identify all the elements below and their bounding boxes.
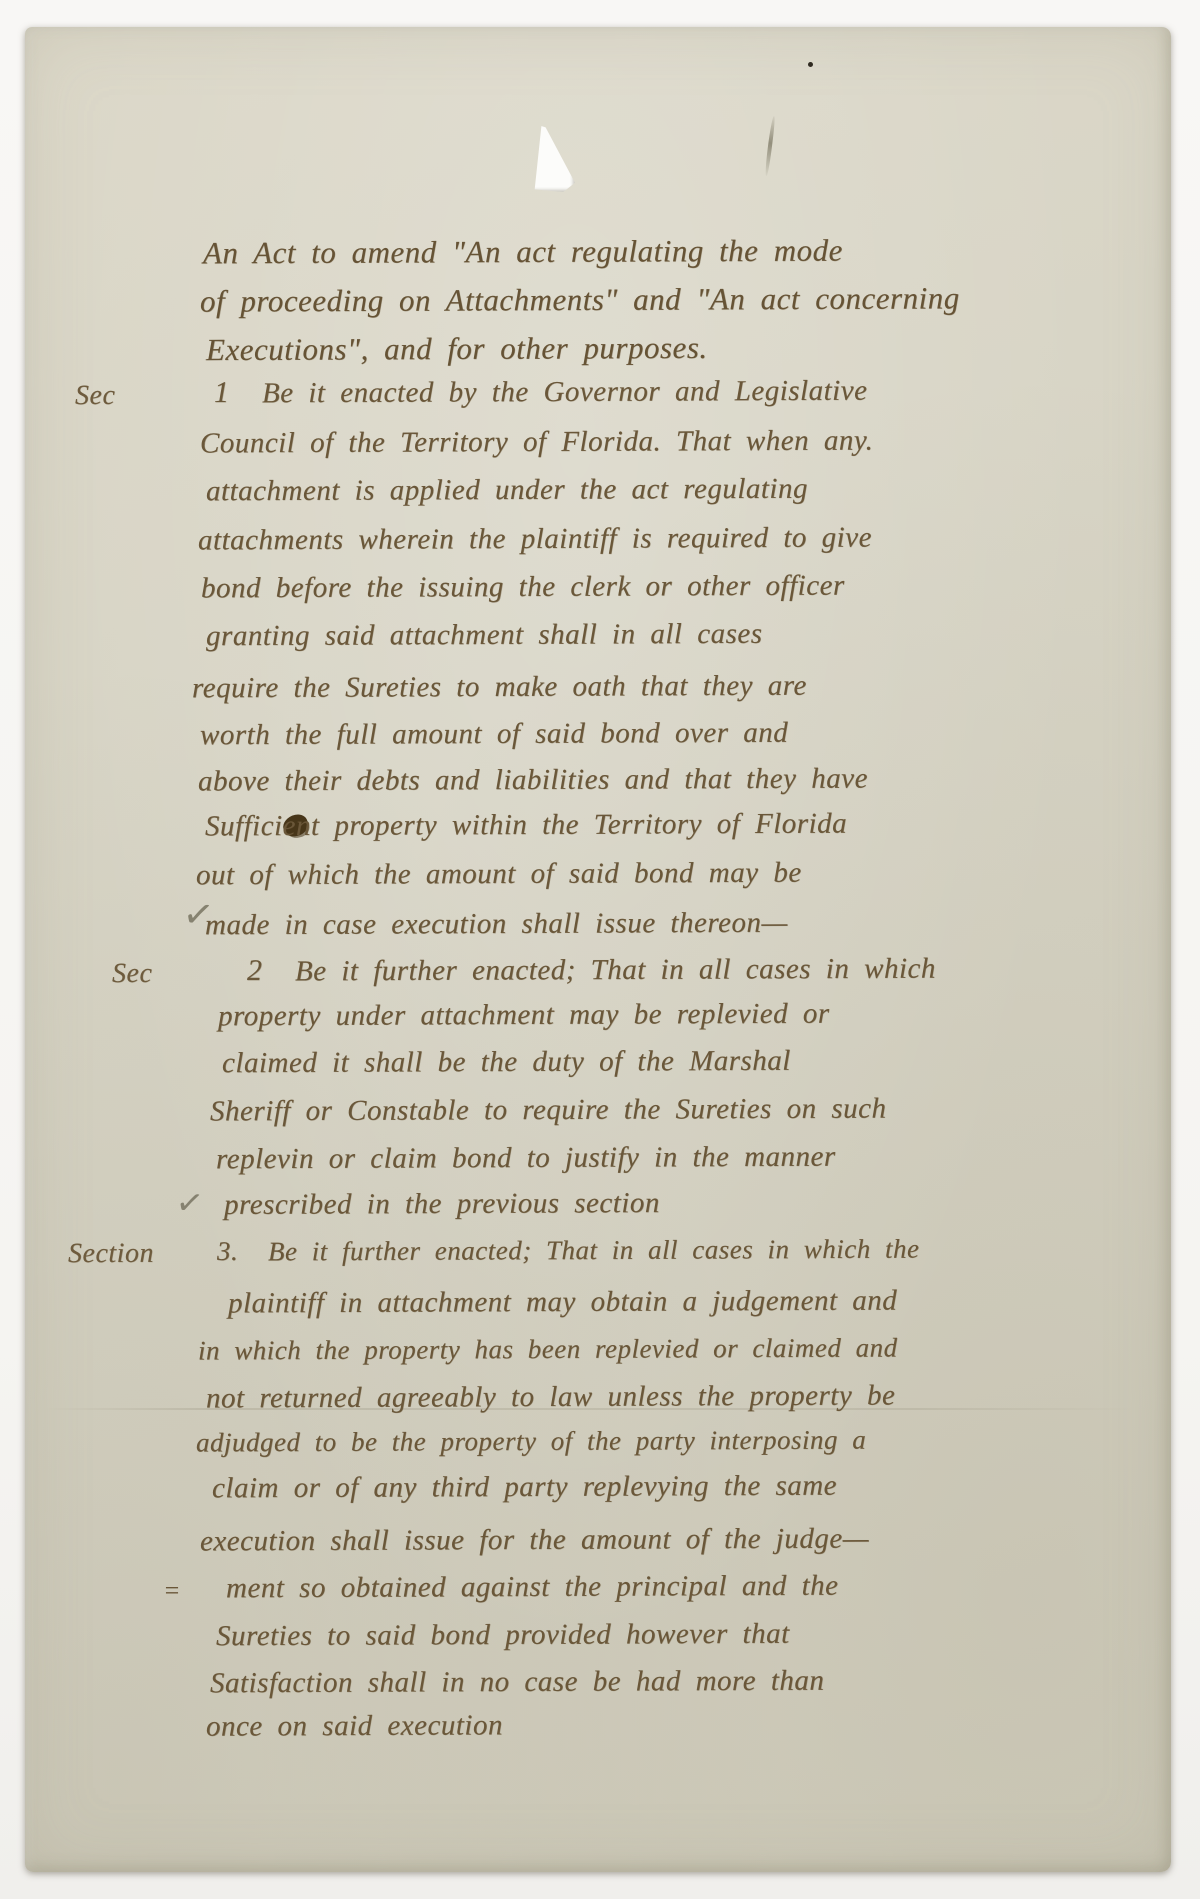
manuscript-line: in which the property has been replevied… <box>198 1334 898 1364</box>
manuscript-line: made in case execution shall issue there… <box>205 909 788 941</box>
manuscript-line: once on said execution <box>206 1711 503 1741</box>
checkmark-annotation: ✓ <box>173 1181 206 1223</box>
checkmark-annotation: ✓ <box>180 891 217 938</box>
section-2-number: 2 <box>247 956 263 986</box>
manuscript-line: prescribed in the previous section <box>224 1189 660 1220</box>
manuscript-line: attachments wherein the plaintiff is req… <box>198 524 872 556</box>
title-line: of proceeding on Attachments" and "An ac… <box>200 282 960 316</box>
scan-backdrop: An Act to amend "An act regulating the m… <box>0 0 1200 1899</box>
section-1-number: 1 <box>214 378 230 408</box>
ink-speck <box>808 62 813 67</box>
title-line: An Act to amend "An act regulating the m… <box>203 235 843 269</box>
manuscript-line: Sufficient property within the Territory… <box>205 810 847 842</box>
manuscript-line: claimed it shall be the duty of the Mars… <box>222 1047 791 1078</box>
manuscript-line: out of which the amount of said bond may… <box>196 859 802 891</box>
manuscript-line: granting said attachment shall in all ca… <box>206 620 763 651</box>
manuscript-line: Satisfaction shall in no case be had mor… <box>210 1667 825 1699</box>
section-3-number: 3. <box>217 1238 238 1265</box>
manuscript-line: Be it enacted by the Governor and Legisl… <box>262 377 868 409</box>
manuscript-line: Council of the Territory of Florida. Tha… <box>200 427 873 459</box>
margin-label-section-3: Section <box>68 1240 154 1268</box>
manuscript-line: Be it further enacted; That in all cases… <box>268 1236 920 1266</box>
manuscript-line: require the Sureties to make oath that t… <box>192 672 807 704</box>
margin-label-section-2: Sec <box>112 960 152 988</box>
margin-label-section-1: Sec <box>75 382 115 410</box>
manuscript-line: replevin or claim bond to justify in the… <box>216 1143 836 1175</box>
manuscript-line: worth the full amount of said bond over … <box>200 719 788 751</box>
manuscript-line: Sureties to said bond provided however t… <box>216 1620 790 1652</box>
manuscript-line: Sheriff or Constable to require the Sure… <box>210 1095 887 1127</box>
manuscript-line: not returned agreeably to law unless the… <box>206 1381 895 1413</box>
manuscript-line: attachment is applied under the act regu… <box>206 475 808 507</box>
title-line: Executions", and for other purposes. <box>206 332 708 365</box>
manuscript-line: ment so obtained against the principal a… <box>226 1572 839 1604</box>
manuscript-line: plaintiff in attachment may obtain a jud… <box>228 1287 897 1319</box>
manuscript-line: property under attachment may be replevi… <box>218 1000 830 1032</box>
manuscript-line: claim or of any third party replevying t… <box>212 1472 837 1504</box>
manuscript-line: execution shall issue for the amount of … <box>200 1525 869 1557</box>
margin-continuation-dash: = <box>163 1576 180 1606</box>
manuscript-line: above their debts and liabilities and th… <box>198 765 868 797</box>
manuscript-line: adjudged to be the property of the party… <box>196 1427 866 1457</box>
manuscript-line: bond before the issuing the clerk or oth… <box>201 572 845 604</box>
manuscript-line: Be it further enacted; That in all cases… <box>295 955 936 987</box>
